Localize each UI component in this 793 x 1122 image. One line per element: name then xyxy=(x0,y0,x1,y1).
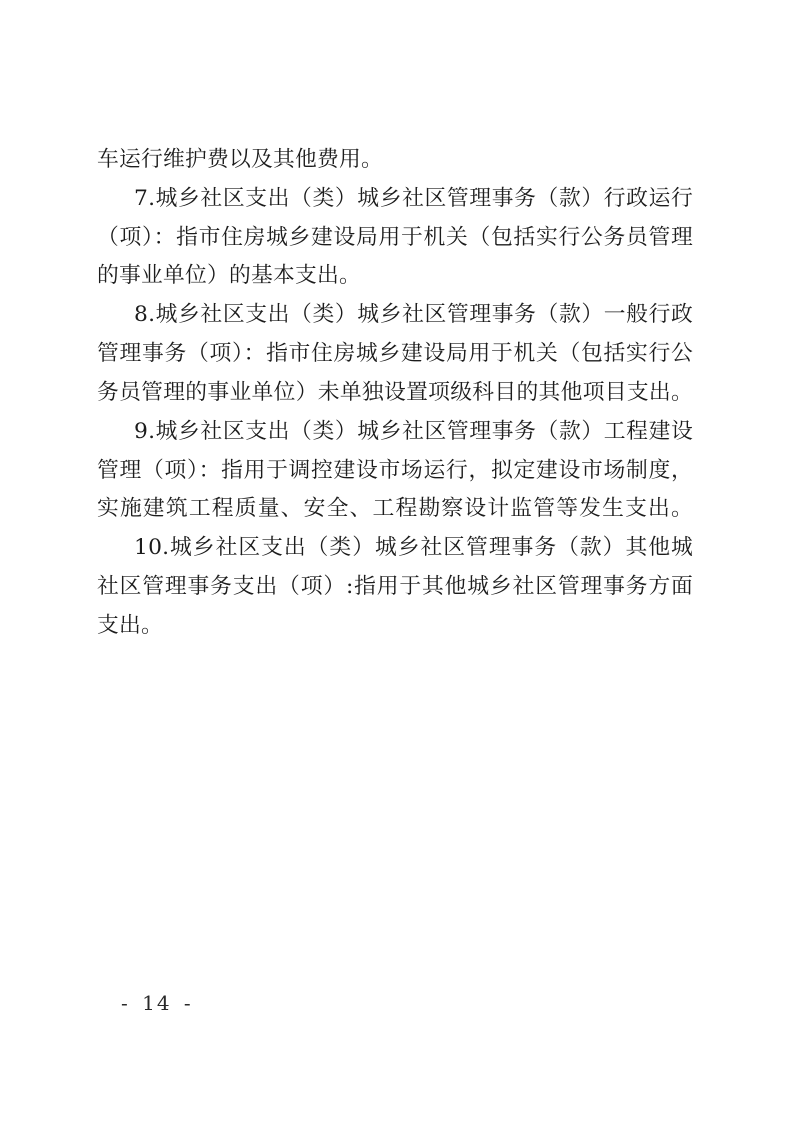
text-line: 的事业单位）的基本支出。 xyxy=(97,257,693,296)
paragraph-continuation: 车运行维护费以及其他费用。 xyxy=(97,141,693,180)
text-line: 实施建筑工程质量、安全、工程勘察设计监管等发生支出。 xyxy=(97,490,693,529)
text-line: 管理（项）：指用于调控建设市场运行，拟定建设市场制度， xyxy=(97,452,693,491)
text-line: （项）：指市住房城乡建设局用于机关（包括实行公务员管理 xyxy=(97,219,693,258)
text-line: 社区管理事务支出（项）:指用于其他城乡社区管理事务方面的 xyxy=(97,568,693,607)
text-line: 8.城乡社区支出（类）城乡社区管理事务（款）一般行政 xyxy=(97,296,693,335)
text-line: 车运行维护费以及其他费用。 xyxy=(97,141,693,180)
text-line: 10.城乡社区支出（类）城乡社区管理事务（款）其他城乡 xyxy=(97,529,693,568)
text-line: 务员管理的事业单位）未单独设置项级科目的其他项目支出。 xyxy=(97,374,693,413)
paragraph-item-8: 8.城乡社区支出（类）城乡社区管理事务（款）一般行政 管理事务（项）：指市住房城… xyxy=(97,296,693,412)
text-line: 7.城乡社区支出（类）城乡社区管理事务（款）行政运行 xyxy=(97,180,693,219)
paragraph-item-10: 10.城乡社区支出（类）城乡社区管理事务（款）其他城乡 社区管理事务支出（项）:… xyxy=(97,529,693,645)
text-line: 支出。 xyxy=(97,607,693,646)
page-number: - 14 - xyxy=(121,991,193,1015)
text-line: 9.城乡社区支出（类）城乡社区管理事务（款）工程建设 xyxy=(97,413,693,452)
paragraph-item-9: 9.城乡社区支出（类）城乡社区管理事务（款）工程建设 管理（项）：指用于调控建设… xyxy=(97,413,693,529)
document-page: 车运行维护费以及其他费用。 7.城乡社区支出（类）城乡社区管理事务（款）行政运行… xyxy=(0,0,793,1122)
text-line: 管理事务（项）：指市住房城乡建设局用于机关（包括实行公 xyxy=(97,335,693,374)
body-text: 车运行维护费以及其他费用。 7.城乡社区支出（类）城乡社区管理事务（款）行政运行… xyxy=(97,141,693,646)
paragraph-item-7: 7.城乡社区支出（类）城乡社区管理事务（款）行政运行 （项）：指市住房城乡建设局… xyxy=(97,180,693,296)
